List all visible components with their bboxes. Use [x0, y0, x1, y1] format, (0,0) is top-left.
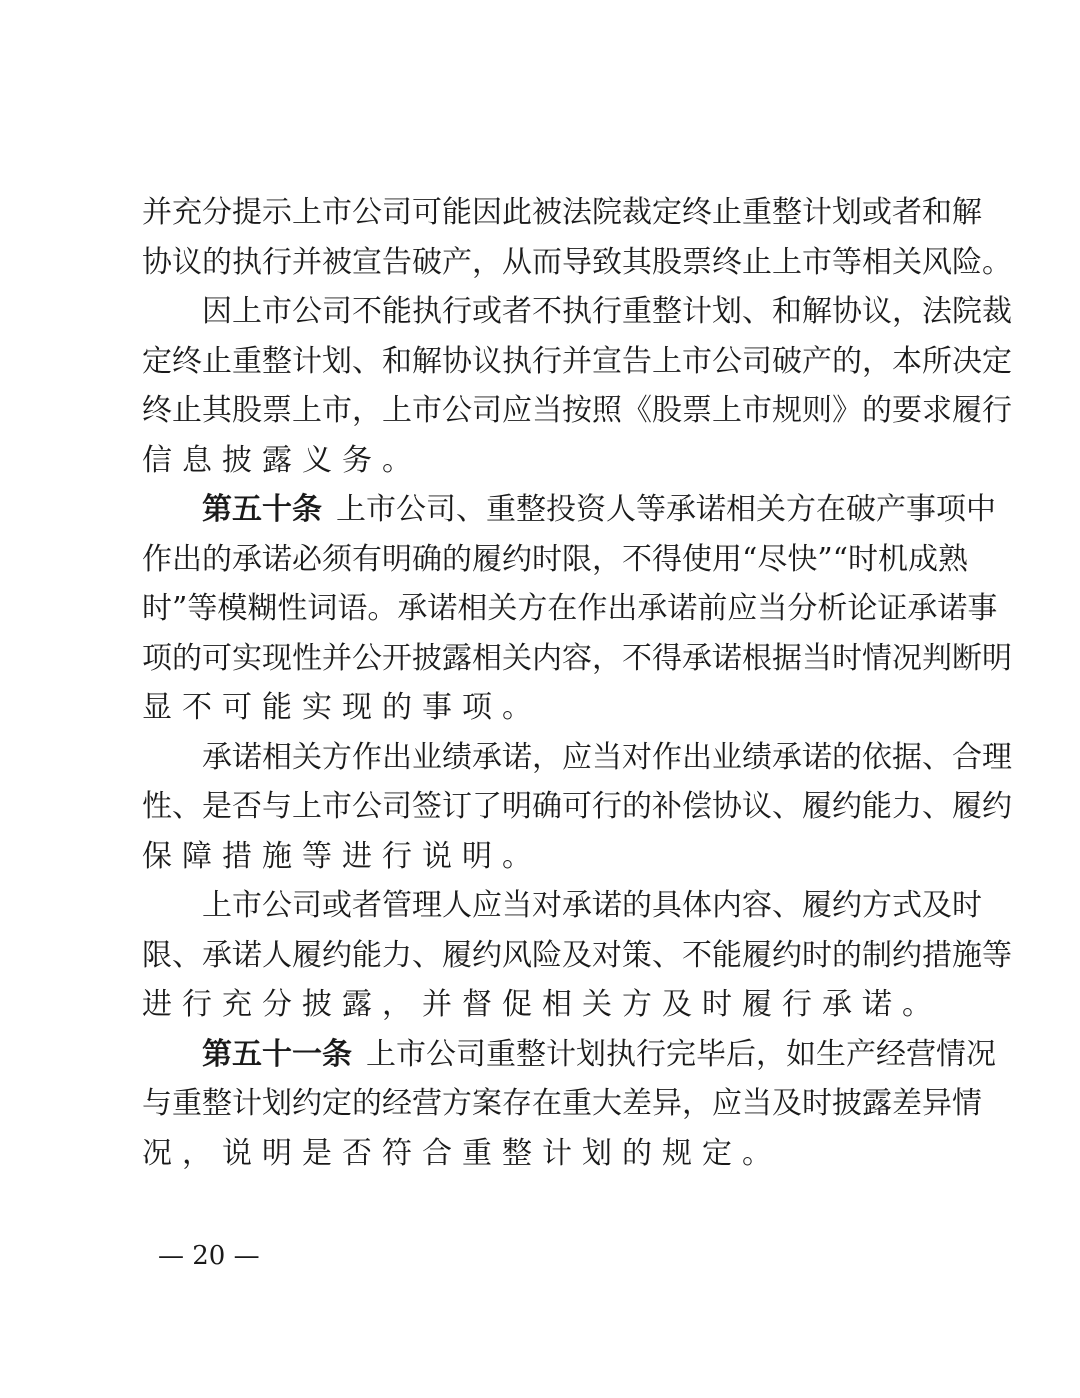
text-line: 并充分提示上市公司可能因此被法院裁定终止重整计划或者和解 [142, 188, 952, 238]
text-line: 与重整计划约定的经营方案存在重大差异，应当及时披露差异情 [142, 1079, 952, 1129]
paragraph-termination-listing: 因上市公司不能执行或者不执行重整计划、和解协议，法院裁 定终止重整计划、和解协议… [142, 287, 952, 485]
document-body: 并充分提示上市公司可能因此被法院裁定终止重整计划或者和解 协议的执行并被宣告破产… [142, 188, 952, 1178]
text-segment: 上市公司、重整投资人等承诺相关方在破产事项中 [336, 492, 996, 527]
text-line: 承诺相关方作出业绩承诺，应当对作出业绩承诺的依据、合理 [142, 733, 952, 783]
article-51: 第五十一条上市公司重整计划执行完毕后，如生产经营情况 与重整计划约定的经营方案存… [142, 1030, 952, 1179]
text-line: 协议的执行并被宣告破产，从而导致其股票终止上市等相关风险。 [142, 238, 952, 288]
page-number: — 20 — [158, 1241, 260, 1271]
article-50: 第五十条上市公司、重整投资人等承诺相关方在破产事项中 作出的承诺必须有明确的履约… [142, 485, 952, 733]
document-page: 并充分提示上市公司可能因此被法院裁定终止重整计划或者和解 协议的执行并被宣告破产… [0, 0, 1080, 1398]
text-line: 保障措施等进行说明。 [142, 832, 952, 882]
paragraph-continuation: 并充分提示上市公司可能因此被法院裁定终止重整计划或者和解 协议的执行并被宣告破产… [142, 188, 952, 287]
text-line: 上市公司或者管理人应当对承诺的具体内容、履约方式及时 [142, 881, 952, 931]
text-line: 作出的承诺必须有明确的履约时限，不得使用“尽快”“时机成熟 [142, 535, 952, 585]
text-line: 第五十条上市公司、重整投资人等承诺相关方在破产事项中 [142, 485, 952, 535]
text-line: 信息披露义务。 [142, 436, 952, 486]
paragraph-performance-commitment: 承诺相关方作出业绩承诺，应当对作出业绩承诺的依据、合理 性、是否与上市公司签订了… [142, 733, 952, 882]
text-line: 进行充分披露，并督促相关方及时履行承诺。 [142, 980, 952, 1030]
text-line: 第五十一条上市公司重整计划执行完毕后，如生产经营情况 [142, 1030, 952, 1080]
article-heading: 第五十条 [202, 492, 322, 527]
text-line: 因上市公司不能执行或者不执行重整计划、和解协议，法院裁 [142, 287, 952, 337]
text-line: 时”等模糊性词语。承诺相关方在作出承诺前应当分析论证承诺事 [142, 584, 952, 634]
text-line: 终止其股票上市，上市公司应当按照《股票上市规则》的要求履行 [142, 386, 952, 436]
paragraph-disclosure-duty: 上市公司或者管理人应当对承诺的具体内容、履约方式及时 限、承诺人履约能力、履约风… [142, 881, 952, 1030]
text-line: 限、承诺人履约能力、履约风险及对策、不能履约时的制约措施等 [142, 931, 952, 981]
text-line: 性、是否与上市公司签订了明确可行的补偿协议、履约能力、履约 [142, 782, 952, 832]
text-line: 定终止重整计划、和解协议执行并宣告上市公司破产的，本所决定 [142, 337, 952, 387]
text-segment: 上市公司重整计划执行完毕后，如生产经营情况 [366, 1037, 996, 1072]
article-heading: 第五十一条 [202, 1037, 352, 1072]
text-line: 况，说明是否符合重整计划的规定。 [142, 1129, 952, 1179]
text-line: 项的可实现性并公开披露相关内容，不得承诺根据当时情况判断明 [142, 634, 952, 684]
text-line: 显不可能实现的事项。 [142, 683, 952, 733]
